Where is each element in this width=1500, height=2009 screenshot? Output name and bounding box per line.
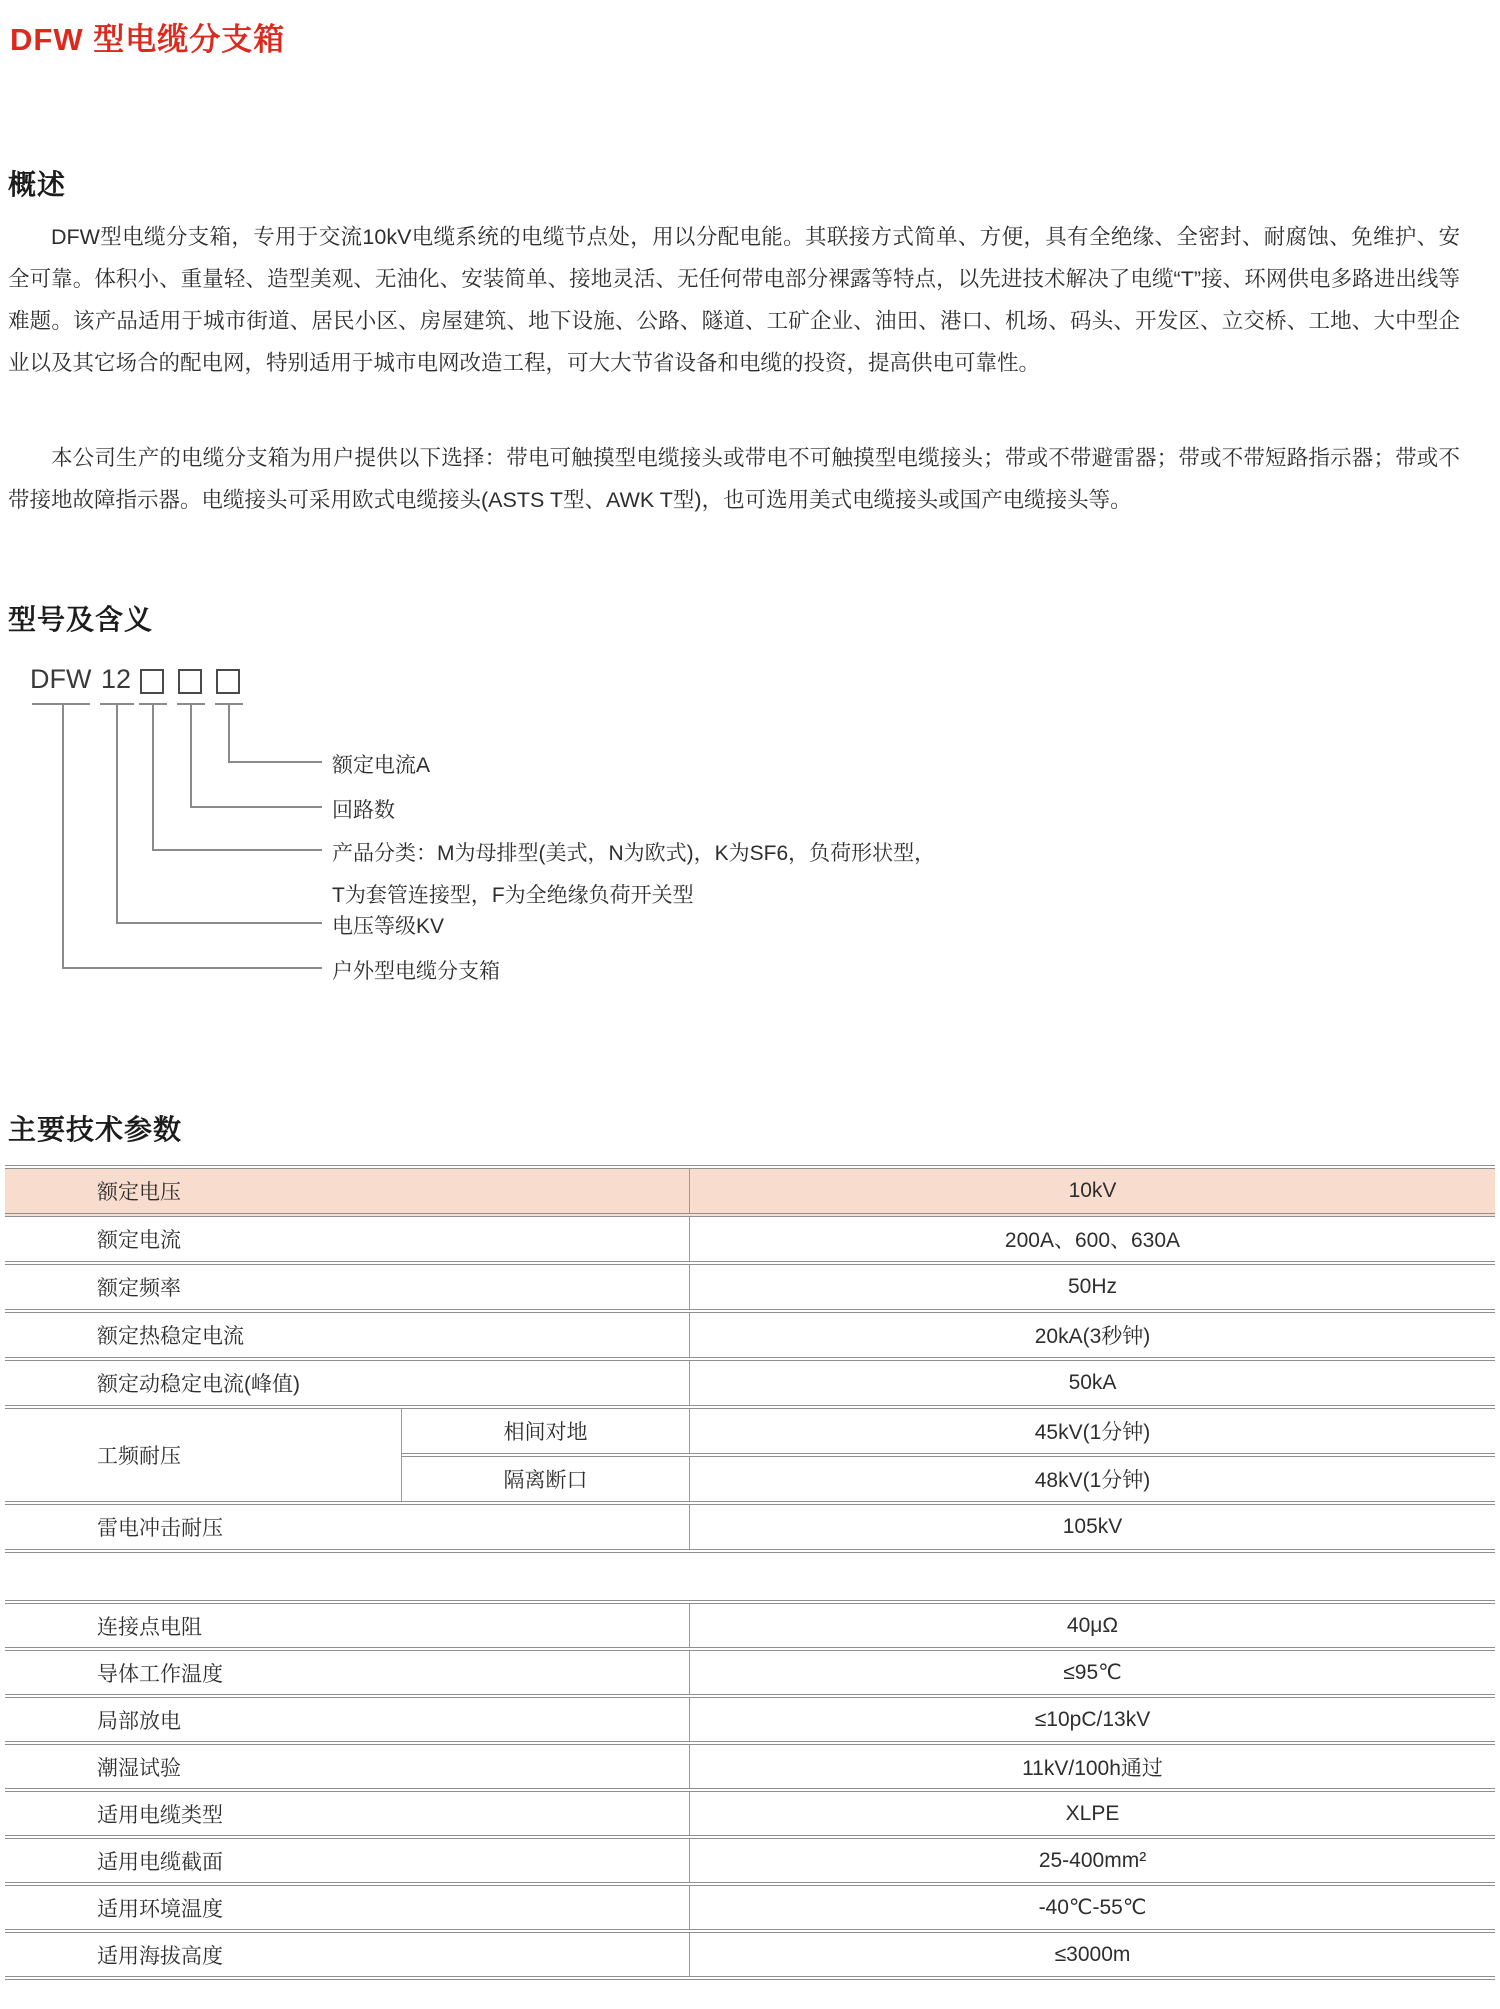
row-label: 雷电冲击耐压: [5, 1505, 690, 1549]
model-prefix: DFW: [30, 664, 91, 695]
model-label-voltage-level: 电压等级KV: [332, 910, 444, 940]
subrow-label: 相间对地: [402, 1409, 690, 1453]
row-label: 适用环境温度: [5, 1886, 690, 1929]
table-row: 额定动稳定电流(峰值) 50kA: [5, 1361, 1495, 1409]
row-label: 工频耐压: [5, 1409, 402, 1501]
row-label: 额定电流: [5, 1217, 690, 1261]
row-value: 45kV(1分钟): [690, 1409, 1495, 1453]
catalog-page: DFW 型电缆分支箱 概述 DFW型电缆分支箱，专用于交流10kV电缆系统的电缆…: [0, 0, 1500, 2009]
row-label: 连接点电阻: [5, 1604, 690, 1647]
row-label: 局部放电: [5, 1698, 690, 1741]
table-row: 适用电缆截面 25-400mm²: [5, 1839, 1495, 1886]
model-label-rated-current: 额定电流A: [332, 749, 430, 779]
model-connector-line: [62, 704, 64, 969]
row-label: 导体工作温度: [5, 1651, 690, 1694]
row-value: 10kV: [690, 1169, 1495, 1213]
table-subrow: 相间对地 45kV(1分钟): [402, 1409, 1495, 1457]
overview-paragraph-1: DFW型电缆分支箱，专用于交流10kV电缆系统的电缆节点处，用以分配电能。其联接…: [8, 216, 1460, 384]
row-value: 25-400mm²: [690, 1839, 1495, 1882]
row-value: 50Hz: [690, 1265, 1495, 1309]
table-row: 适用海拔高度 ≤3000m: [5, 1933, 1495, 1980]
table-row: 局部放电 ≤10pC/13kV: [5, 1698, 1495, 1745]
model-connector-line: [228, 704, 230, 763]
row-label: 适用电缆截面: [5, 1839, 690, 1882]
row-value: 11kV/100h通过: [690, 1745, 1495, 1788]
model-placeholder-box: [178, 669, 202, 694]
table-row: 额定电压 10kV: [5, 1169, 1495, 1217]
model-label-outdoor-type: 户外型电缆分支箱: [332, 955, 500, 985]
model-voltage-code: 12: [101, 664, 131, 695]
table-row: 潮湿试验 11kV/100h通过: [5, 1745, 1495, 1792]
section-heading-overview: 概述: [8, 163, 66, 203]
table-row: 导体工作温度 ≤95℃: [5, 1651, 1495, 1698]
row-label: 额定热稳定电流: [5, 1313, 690, 1357]
row-value: ≤3000m: [690, 1933, 1495, 1976]
row-label: 额定频率: [5, 1265, 690, 1309]
model-connector-line: [116, 704, 118, 924]
table-row: 连接点电阻 40μΩ: [5, 1604, 1495, 1651]
table-row: 适用环境温度 -40℃-55℃: [5, 1886, 1495, 1933]
row-value: 48kV(1分钟): [690, 1457, 1495, 1501]
row-value: 105kV: [690, 1505, 1495, 1549]
row-value: -40℃-55℃: [690, 1886, 1495, 1929]
overview-paragraph-2: 本公司生产的电缆分支箱为用户提供以下选择：带电可触摸型电缆接头或带电不可触摸型电…: [8, 437, 1460, 521]
row-value: 50kA: [690, 1361, 1495, 1405]
model-connector-line: [190, 704, 192, 808]
model-connector-line: [228, 761, 322, 763]
parameters-table-secondary: 连接点电阻 40μΩ 导体工作温度 ≤95℃ 局部放电 ≤10pC/13kV 潮…: [5, 1600, 1495, 1980]
model-connector-line: [152, 704, 154, 851]
row-value: 40μΩ: [690, 1604, 1495, 1647]
row-value: ≤95℃: [690, 1651, 1495, 1694]
row-value: ≤10pC/13kV: [690, 1698, 1495, 1741]
table-row: 额定热稳定电流 20kA(3秒钟): [5, 1313, 1495, 1361]
table-row: 额定频率 50Hz: [5, 1265, 1495, 1313]
model-label-classification-line1: 产品分类：M为母排型(美式，N为欧式)，K为SF6，负荷形状型，: [332, 837, 935, 867]
table-row: 适用电缆类型 XLPE: [5, 1792, 1495, 1839]
model-placeholder-box: [140, 669, 164, 694]
row-label: 适用电缆类型: [5, 1792, 690, 1835]
group-subrows: 相间对地 45kV(1分钟) 隔离断口 48kV(1分钟): [402, 1409, 1495, 1501]
model-connector-line: [62, 967, 322, 969]
row-value: 20kA(3秒钟): [690, 1313, 1495, 1357]
table-row: 额定电流 200A、600、630A: [5, 1217, 1495, 1265]
page-title: DFW 型电缆分支箱: [10, 14, 285, 59]
row-label: 额定电压: [5, 1169, 690, 1213]
section-heading-parameters: 主要技术参数: [8, 1108, 182, 1148]
model-label-circuit-count: 回路数: [332, 794, 395, 824]
model-connector-line: [152, 849, 322, 851]
model-underline: [32, 703, 90, 705]
row-value: 200A、600、630A: [690, 1217, 1495, 1261]
table-row-group-power-frequency: 工频耐压 相间对地 45kV(1分钟) 隔离断口 48kV(1分钟): [5, 1409, 1495, 1505]
model-label-classification-line2: T为套管连接型，F为全绝缘负荷开关型: [332, 879, 694, 909]
table-subrow: 隔离断口 48kV(1分钟): [402, 1457, 1495, 1501]
row-value: XLPE: [690, 1792, 1495, 1835]
row-label: 适用海拔高度: [5, 1933, 690, 1976]
row-label: 潮湿试验: [5, 1745, 690, 1788]
table-row: 雷电冲击耐压 105kV: [5, 1505, 1495, 1553]
parameters-table-primary: 额定电压 10kV 额定电流 200A、600、630A 额定频率 50Hz 额…: [5, 1165, 1495, 1553]
subrow-label: 隔离断口: [402, 1457, 690, 1501]
model-connector-line: [116, 922, 322, 924]
row-label: 额定动稳定电流(峰值): [5, 1361, 690, 1405]
model-placeholder-box: [216, 669, 240, 694]
section-heading-model: 型号及含义: [8, 598, 153, 638]
model-connector-line: [190, 806, 322, 808]
